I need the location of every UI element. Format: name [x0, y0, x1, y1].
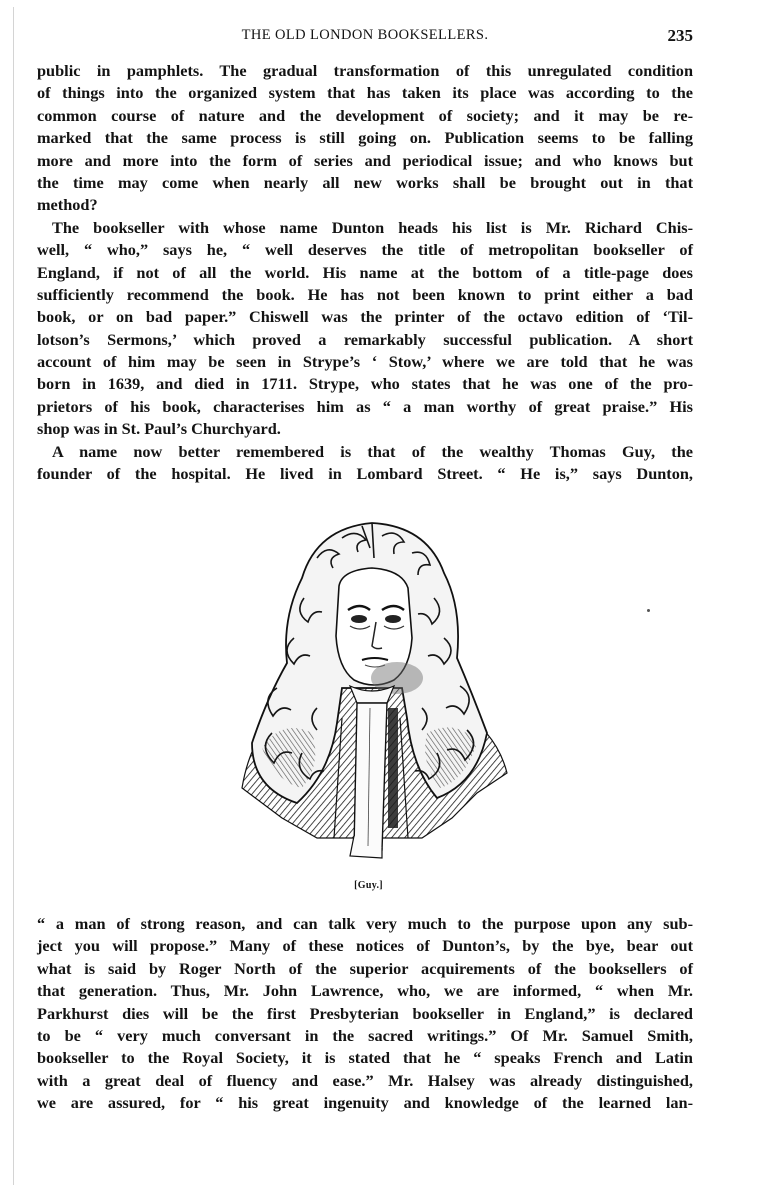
figure-caption: [Guy.]	[0, 880, 761, 891]
text-line: common course of nature and the developm…	[37, 105, 693, 127]
text-line: England, if not of all the world. His na…	[37, 262, 693, 284]
text-line: the time may come when nearly all new wo…	[37, 172, 693, 194]
text-line-paragraph-start: A name now better remembered is that of …	[37, 441, 693, 463]
text-line: founder of the hospital. He lived in Lom…	[37, 463, 693, 485]
text-line: book, or on bad paper.” Chiswell was the…	[37, 306, 693, 328]
print-speck	[647, 609, 650, 612]
text-line: sufficiently recommend the book. He has …	[37, 284, 693, 306]
text-line: prietors of his book, characterises him …	[37, 396, 693, 418]
text-line-paragraph-end: shop was in St. Paul’s Churchyard.	[37, 418, 693, 440]
text-line: “ a man of strong reason, and can talk v…	[37, 913, 693, 935]
page-number: 235	[668, 26, 694, 46]
text-line: with a great deal of fluency and ease.” …	[37, 1070, 693, 1092]
text-line: public in pamphlets. The gradual transfo…	[37, 60, 693, 82]
text-line: lotson’s Sermons,’ which proved a remark…	[37, 329, 693, 351]
text-line: we are assured, for “ his great ingenuit…	[37, 1092, 693, 1114]
text-line: ject you will propose.” Many of these no…	[37, 935, 693, 957]
text-line: that generation. Thus, Mr. John Lawrence…	[37, 980, 693, 1002]
text-line: Parkhurst dies will be the first Presbyt…	[37, 1003, 693, 1025]
text-line: what is said by Roger North of the super…	[37, 958, 693, 980]
running-head: THE OLD LONDON BOOKSELLERS. 235	[37, 26, 693, 48]
text-line: more and more into the form of series an…	[37, 150, 693, 172]
running-title: THE OLD LONDON BOOKSELLERS.	[37, 27, 693, 44]
text-line: born in 1639, and died in 1711. Strype, …	[37, 373, 693, 395]
text-line: well, “ who,” says he, “ well deserves t…	[37, 239, 693, 261]
portrait-illustration-icon	[222, 518, 522, 868]
body-text-bottom: “ a man of strong reason, and can talk v…	[37, 913, 693, 1115]
text-line: marked that the same process is still go…	[37, 127, 693, 149]
text-line-paragraph-start: The bookseller with whose name Dunton he…	[37, 217, 693, 239]
text-line: bookseller to the Royal Society, it is s…	[37, 1047, 693, 1069]
text-line: of things into the organized system that…	[37, 82, 693, 104]
page-edge-line	[13, 7, 14, 1185]
portrait-engraving	[222, 518, 522, 868]
text-line: to be “ very much conversant in the sacr…	[37, 1025, 693, 1047]
body-text-top: public in pamphlets. The gradual transfo…	[37, 60, 693, 485]
text-line-paragraph-end: method?	[37, 194, 693, 216]
text-line: account of him may be seen in Strype’s ‘…	[37, 351, 693, 373]
